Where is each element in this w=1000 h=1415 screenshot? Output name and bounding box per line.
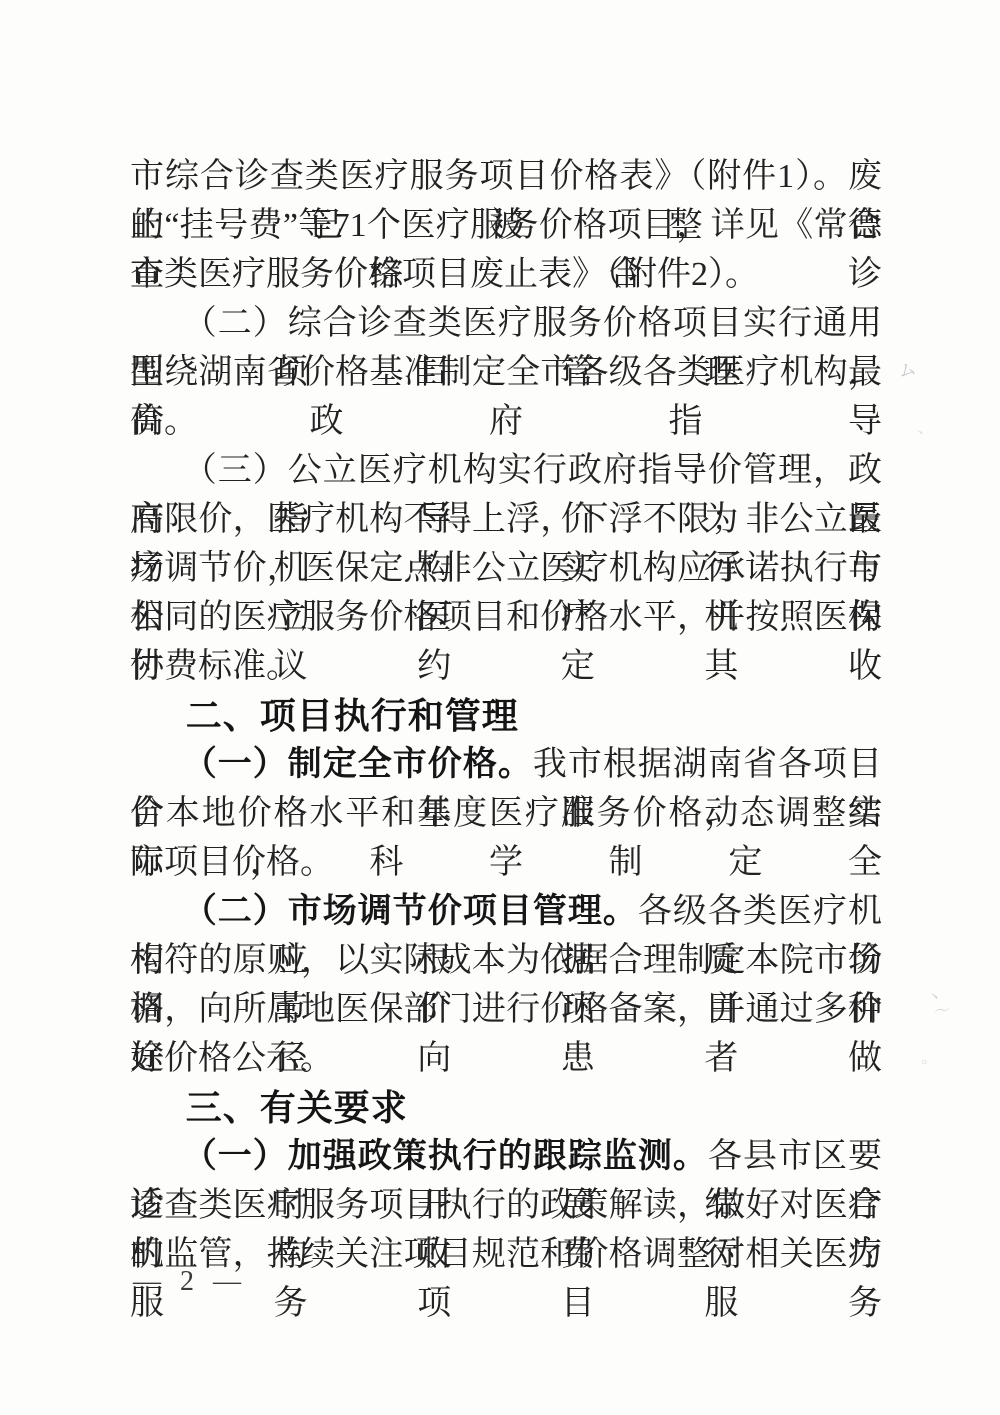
text-line: 高限价，医疗机构不得上浮，下浮不限；非公立医疗机构实行市	[130, 495, 882, 544]
body-text: 付费标准。	[130, 648, 300, 685]
body-text: 价。	[130, 403, 198, 440]
body-text: 好价格公示。	[130, 1040, 334, 1077]
body-text: 查类医疗服务价格项目废止表》（附件2）。	[130, 256, 759, 293]
lead-text: （二）市场调节价项目管理。	[183, 892, 638, 930]
section-heading: 二、项目执行和管理	[130, 691, 882, 740]
body-text: 市项目价格。	[130, 844, 334, 881]
text-line: （一）制定全市价格。我市根据湖南省各项目价格基准，结	[130, 740, 882, 789]
text-line: 围绕湖南省价格基准制定全市各级各类医疗机构最高政府指导	[130, 348, 882, 397]
text-line: 的“挂号费”等71个医疗服务价格项目，详见《常德市综合诊	[130, 201, 882, 250]
text-line: （三）公立医疗机构实行政府指导价管理，政府指导价为最	[130, 446, 882, 495]
text-line: 格，向所属地医保部门进行价格备案，并通过多种途径向患者做	[130, 985, 882, 1034]
text-line: （二）综合诊查类医疗服务价格项目实行通用型项目管理，	[130, 299, 882, 348]
text-line: 相符的原则，以实际成本为依据合理制定本院市场调节价项目价	[130, 936, 882, 985]
scan-artifact: ム	[895, 354, 918, 383]
section-heading: 三、有关要求	[130, 1083, 882, 1132]
document-page: 市综合诊查类医疗服务项目价格表》（附件1）。废止已被整合 的“挂号费”等71个医…	[0, 0, 1000, 1415]
text-line: （一）加强政策执行的跟踪监测。各县市区要适时开展综合	[130, 1132, 882, 1181]
text-line: 诊查类医疗服务项目执行的政策解读，做好对医疗机构收费行为	[130, 1181, 882, 1230]
text-line: 相同的医疗服务价格项目和价格水平，并按照医保协议约定其收	[130, 593, 882, 642]
text-line: （二）市场调节价项目管理。各级各类医疗机构应根据质价	[130, 887, 882, 936]
lead-text: （一）加强政策执行的跟踪监测。	[183, 1137, 708, 1175]
heading-text: 三、有关要求	[186, 1087, 408, 1128]
body-text: 围绕湖南省价格基准制定全市各级各类医疗机构最高政府指导	[130, 354, 882, 440]
text-line: 合本地价格水平和年度医疗服务价格动态调整实际，科学制定全	[130, 789, 882, 838]
heading-text: 二、项目执行和管理	[186, 695, 519, 736]
lead-text: （一）制定全市价格。	[183, 745, 533, 783]
scan-artifact: ～	[932, 997, 952, 1023]
page-number: — 2 —	[133, 1266, 247, 1298]
text-line: 市综合诊查类医疗服务项目价格表》（附件1）。废止已被整合	[130, 152, 882, 201]
scan-artifact: 、	[914, 413, 934, 439]
document-text-block: 市综合诊查类医疗服务项目价格表》（附件1）。废止已被整合 的“挂号费”等71个医…	[130, 152, 882, 1279]
text-line: 场调节价，医保定点非公立医疗机构应承诺执行与公立医疗机构	[130, 544, 882, 593]
scan-artifact: 。	[918, 1043, 938, 1069]
